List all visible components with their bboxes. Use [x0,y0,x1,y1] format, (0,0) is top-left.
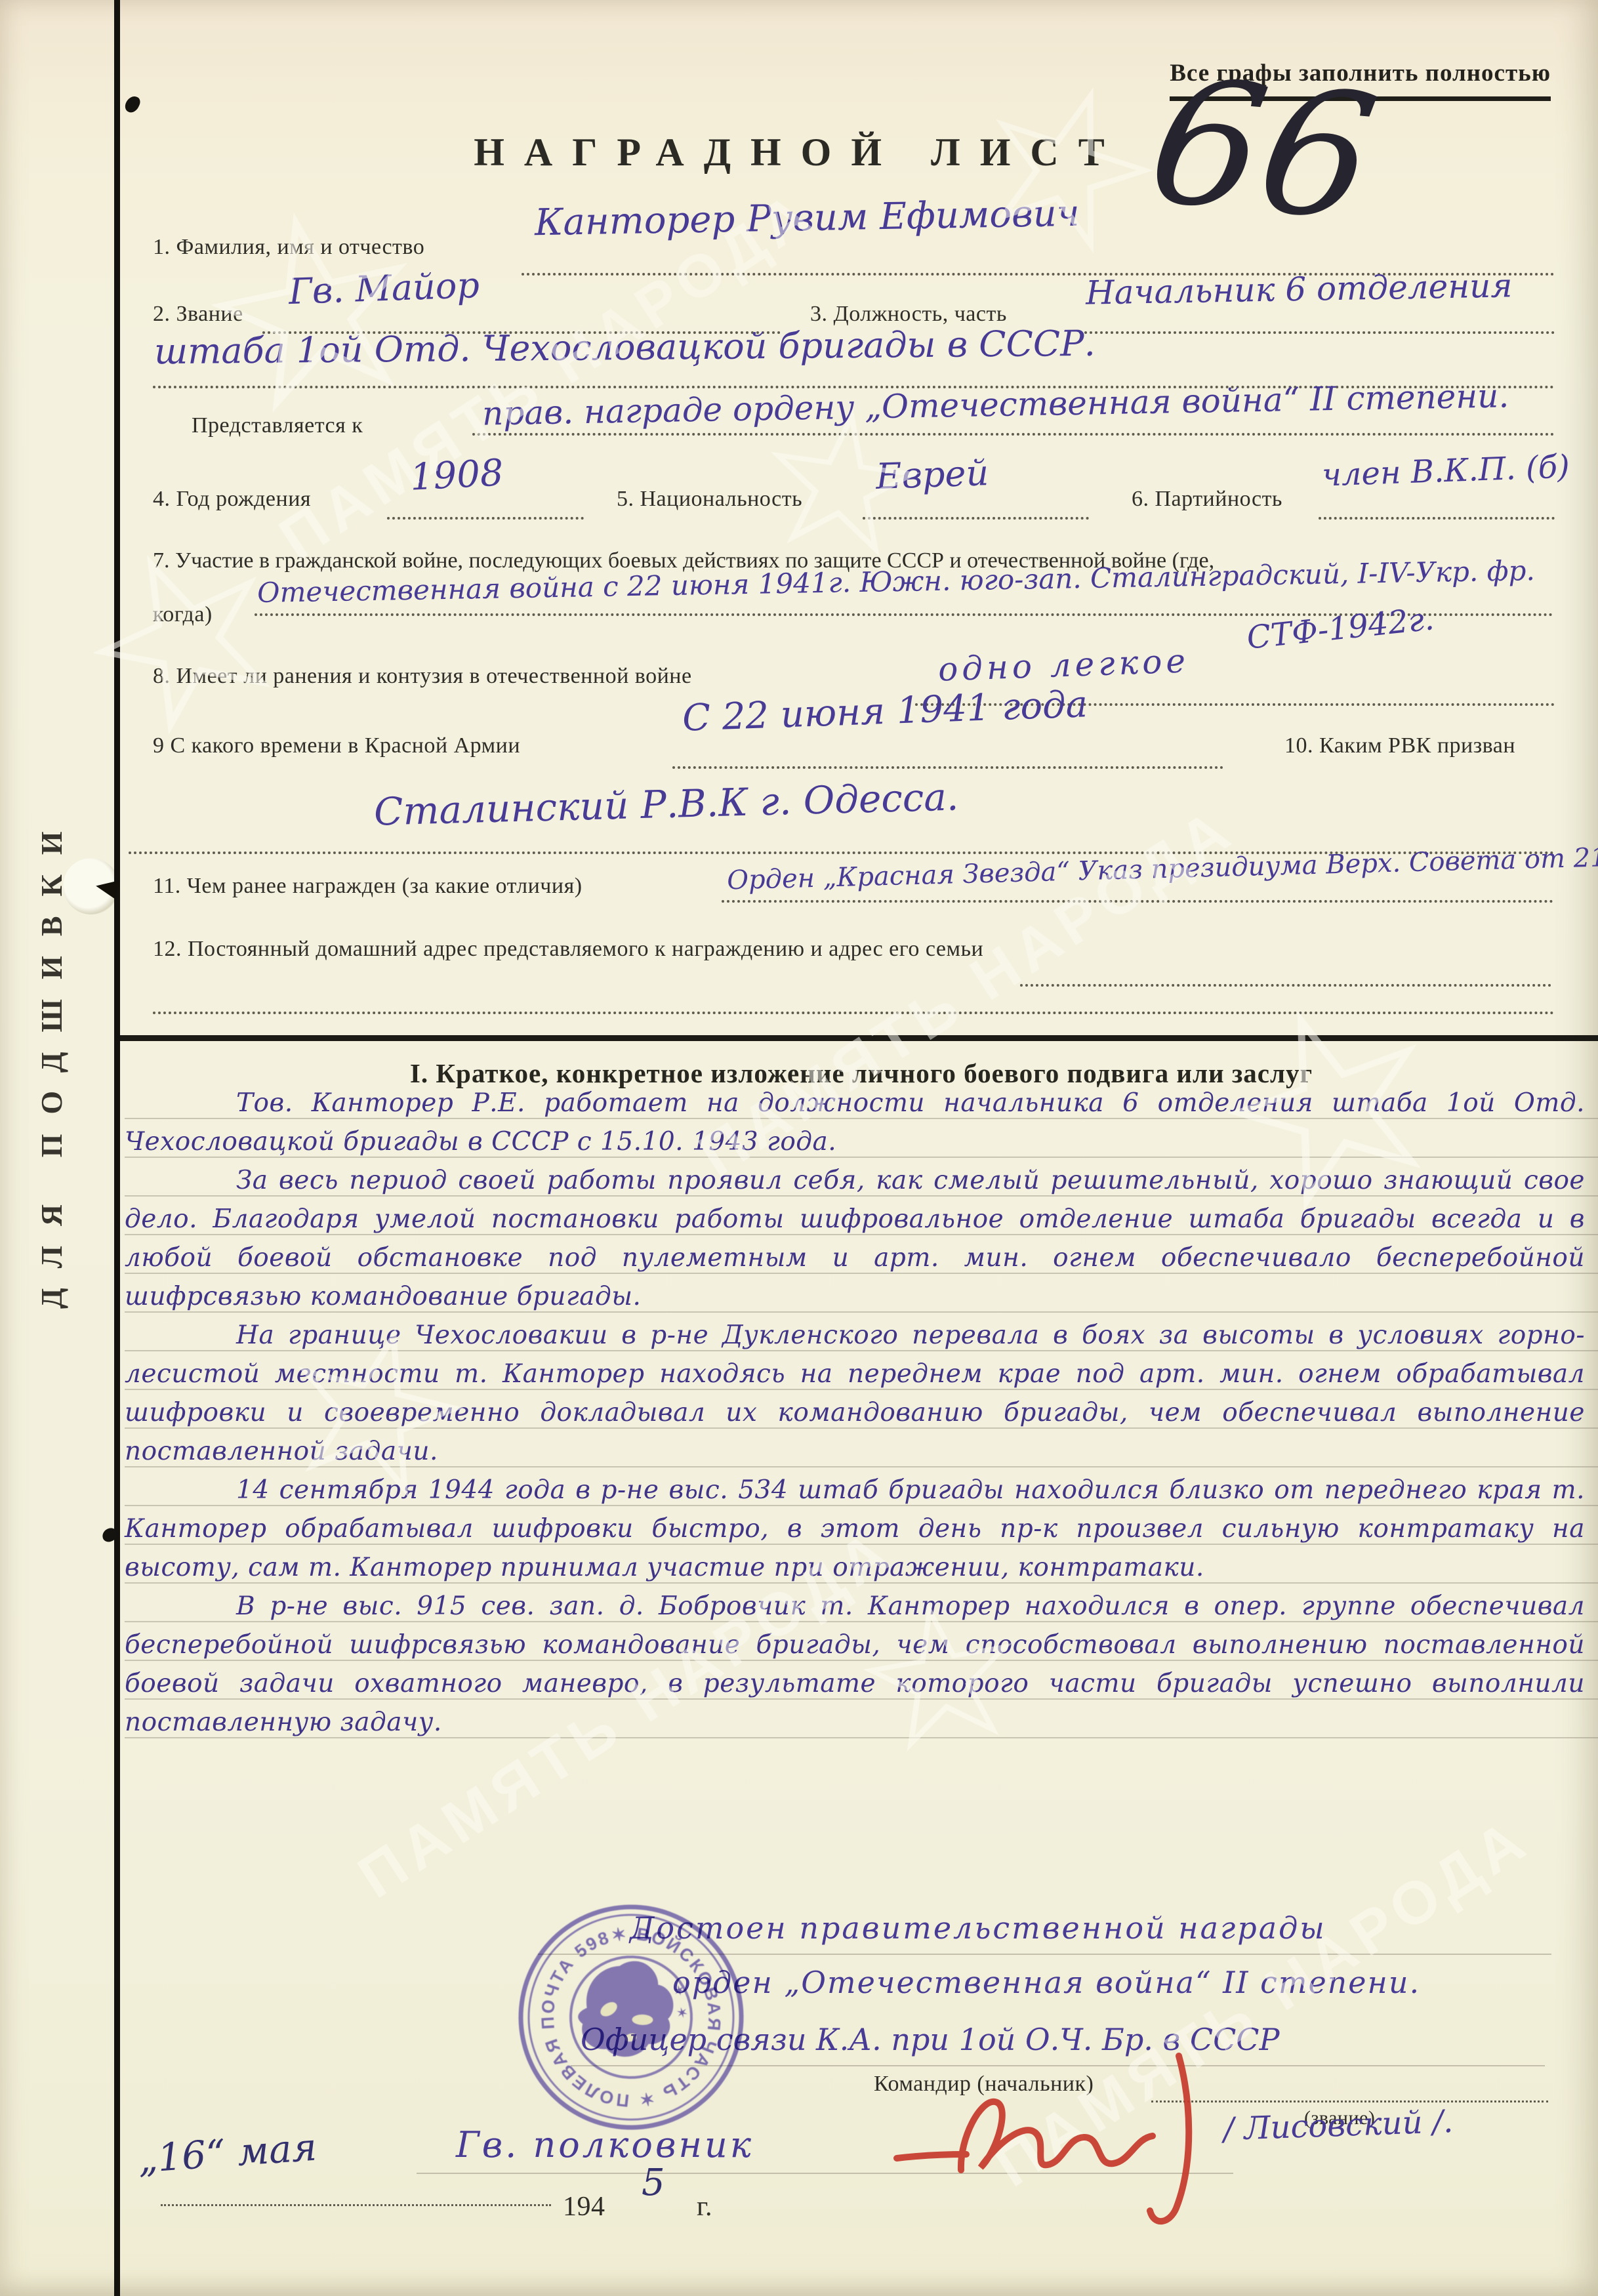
field-8-note: СТФ-1942г. [1245,600,1436,657]
field-6-label: 6. Партийность [1132,487,1282,512]
dotted-line [387,517,584,520]
award-sheet-page: ☆ ☆ ☆ ☆ ☆ ☆ ☆ ПАМЯТЬ НАРОДА ПАМЯТЬ НАРОД… [0,0,1598,2296]
field-1-label: 1. Фамилия, имя и отчество [153,235,424,260]
dotted-line [863,517,1089,520]
feat-narrative: Тов. Канторер Р.Е. работает на должности… [125,1084,1598,1742]
field-3-value-continuation: штаба 1ой Отд. Чехословацкой бригады в С… [154,323,1096,373]
date-year-digit: 5 [642,2162,665,2204]
commander-name-signature: / Лисовский /. [1223,2103,1454,2148]
field-9-value: С 22 июня 1941 года [682,683,1088,740]
dotted-line [1079,331,1555,334]
date-year-printed: 194 [563,2191,605,2223]
field-4-label: 4. Год рождения [153,487,311,512]
feat-paragraph: За весь период своей работы проявил себя… [125,1161,1598,1316]
field-11-value: Орден „Красная Звезда“ Указ президиума В… [727,840,1598,896]
feat-paragraph: 14 сентября 1944 года в р-не выс. 534 шт… [125,1471,1598,1587]
feat-paragraph: В р-не выс. 915 сев. зап. д. Бобровчик т… [125,1587,1598,1742]
red-ink-signature [882,2039,1256,2236]
feat-paragraph: На границе Чехословакии в р-не Дукленско… [125,1316,1598,1471]
field-1-value: Канторер Рувим Ефимович [534,192,1080,244]
conclusion-line-1: Достоен правительственной награды [630,1910,1326,1946]
field-8-value: одно легкое [937,642,1190,688]
field-3-label: 3. Должность, часть [810,302,1007,327]
dotted-line [161,2204,551,2206]
dotted-line [1020,984,1551,987]
svg-text:✶: ✶ [672,1982,687,2001]
sheet-number: 66 [1139,56,1387,245]
field-2-value: Гв. Майор [288,264,480,312]
dotted-line [153,1012,1555,1014]
svg-text:✶: ✶ [674,2004,690,2023]
dotted-line [472,433,1555,436]
field-10-value: Сталинский Р.В.К г. Одесса. [373,774,959,834]
date-year-suffix: г. [697,2191,712,2223]
dotted-line [1319,517,1555,520]
field-10-label: 10. Каким РВК призван [1284,733,1515,758]
field-9-label: 9 С какого времени в Красной Армии [153,733,520,758]
presented-for-label: Представляется к [192,413,363,438]
field-3-value: Начальник 6 отделения [1086,266,1513,312]
field-2-label: 2. Звание [153,302,243,327]
award-order-line: орден „Отечественная война“ II степени. [672,1965,1420,2000]
field-5-label: 5. Национальность [617,487,802,512]
ink-blot [123,94,142,115]
left-border-line [114,0,120,2296]
date-day-month: „16“ мая [136,2125,318,2182]
field-7-label-2: когда) [153,602,213,627]
field-12-label: 12. Постоянный домашний адрес представля… [153,937,983,962]
divider-rule [119,1035,1598,1041]
dotted-line [722,900,1553,903]
dotted-line [672,766,1223,769]
feat-paragraph: Тов. Канторер Р.Е. работает на должности… [125,1084,1598,1161]
field-6-value: член В.К.П. (б) [1321,448,1570,493]
field-4-value: 1908 [409,451,504,499]
field-11-label: 11. Чем ранее награжден (за какие отличи… [153,874,583,899]
field-8-label: 8. Имеет ли ранения и контузия в отечест… [153,664,692,689]
field-5-value: Еврей [875,452,989,497]
